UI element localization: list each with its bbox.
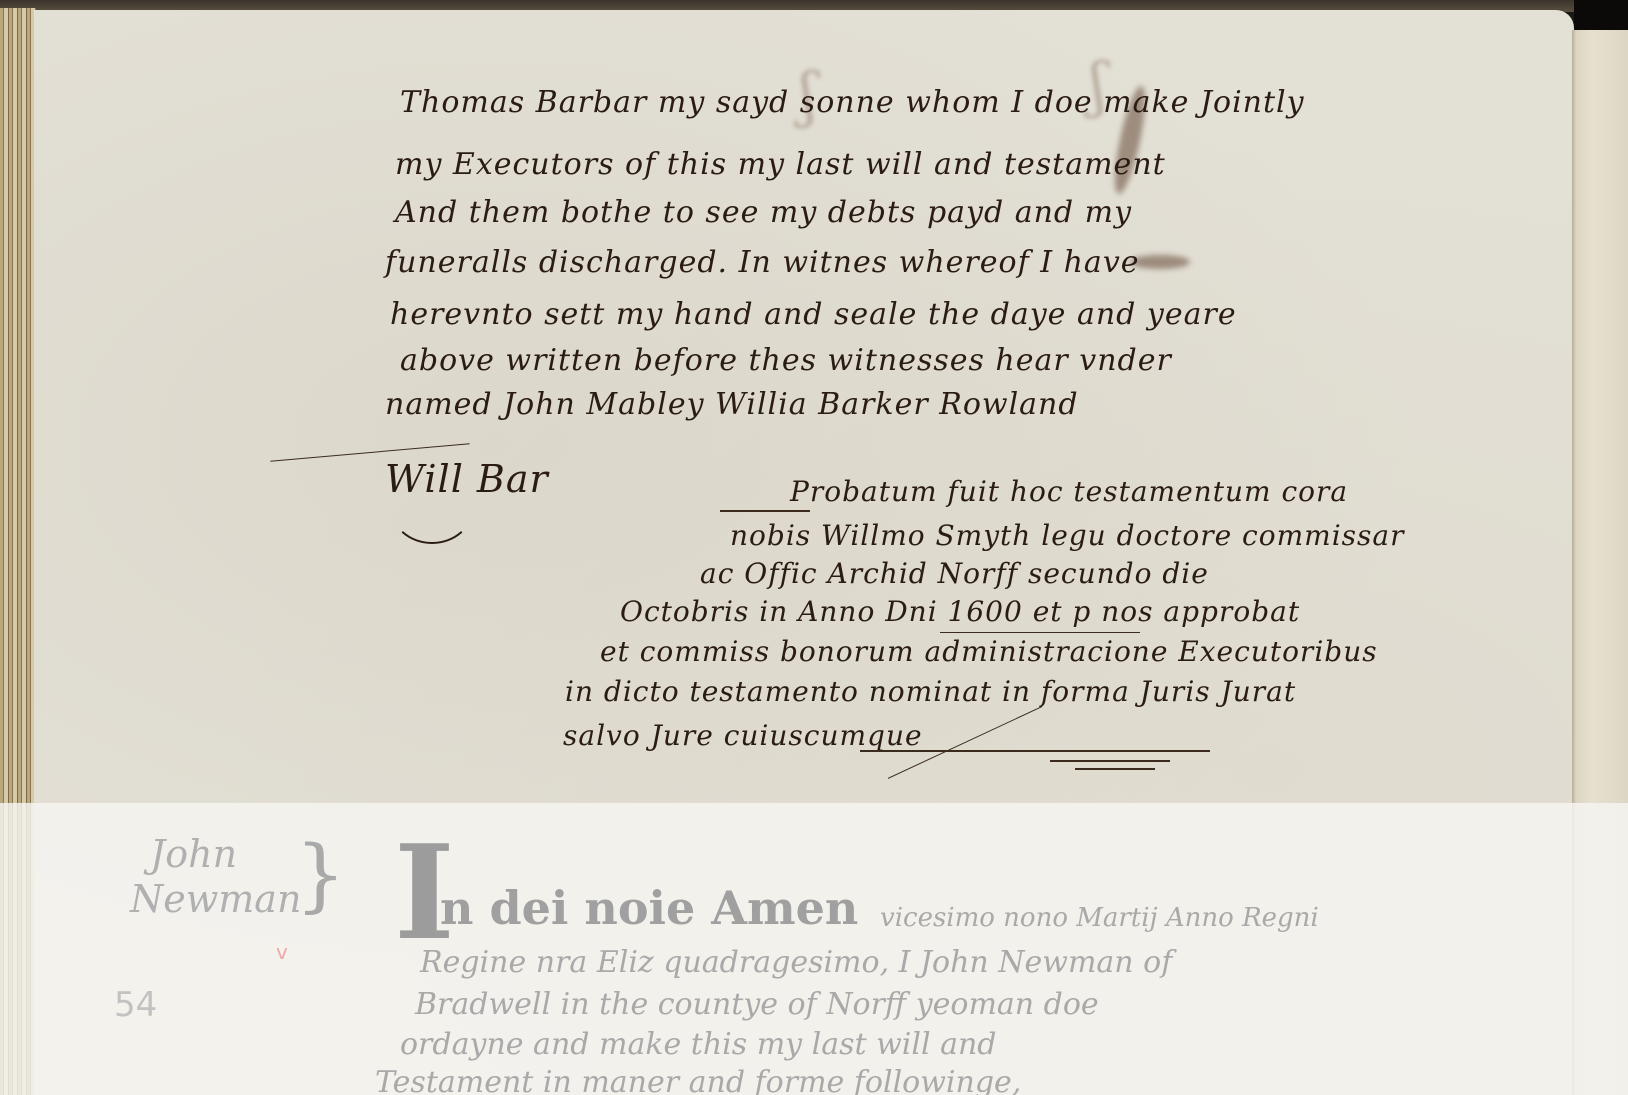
will-line: Thomas Barbar my sayd sonne whom I doe m… [400,88,1305,118]
probate-line: in dicto testamento nominat in forma Jur… [565,678,1296,706]
page-number: 54 [114,985,157,1025]
year-underline [940,632,1140,633]
will-line: And them bothe to see my debts payd and … [395,198,1132,228]
will-line-faded: vicesimo nono Martij Anno Regni [880,905,1319,931]
will-line: named John Mabley Willia Barker Rowland [385,390,1079,420]
will-line-faded: Regine nra Eliz quadragesimo, I John New… [420,948,1172,978]
will-line: above written before thes witnesses hear… [400,346,1172,376]
probate-line: nobis Willmo Smyth legu doctore commissa… [730,522,1404,550]
will-line-faded: Bradwell in the countye of Norff yeoman … [415,990,1099,1020]
will-line-faded: ordayne and make this my last will and [400,1030,997,1060]
margin-brace: } [295,835,346,915]
will-line: my Executors of this my last will and te… [395,150,1166,180]
will-line: herevnto sett my hand and seale the daye… [390,300,1237,330]
probate-line: ac Offic Archid Norff secundo die [700,560,1209,588]
signature-flourish [390,470,474,544]
background-corner [1574,0,1628,30]
margin-name-last: Newman [130,880,301,918]
margin-name-first: John [150,835,237,873]
probate-line: salvo Jure cuiuscumque [563,722,923,750]
probate-line: Octobris in Anno Dni 1600 et p nos appro… [620,598,1300,626]
closing-flourish-line [1050,760,1170,762]
check-mark: v [276,940,288,964]
probate-line: et commiss bonorum administracione Execu… [600,638,1378,666]
closing-flourish-line [1075,768,1155,770]
probate-line: Probatum fuit hoc testamentum cora [790,478,1348,506]
closing-flourish-line [860,750,1210,752]
will-line-faded: Testament in maner and forme followinge, [375,1068,1021,1095]
will-line: funeralls discharged. In witnes whereof … [385,248,1140,278]
invocation-heading: n dei noie Amen [440,885,858,931]
probate-flourish-rule [720,510,810,512]
manuscript-book: ʃ ʃ Thomas Barbar my sayd sonne whom I d… [0,0,1628,1095]
